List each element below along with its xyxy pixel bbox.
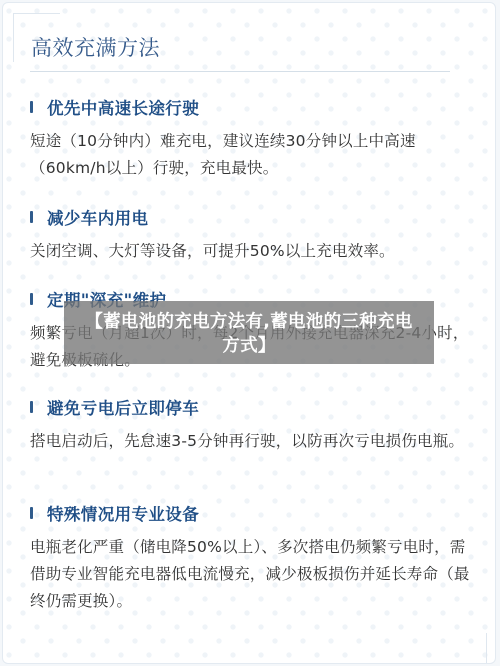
section-body: 短途（10分钟内）难充电，建议连续30分钟以上中高速（60km/h以上）行驶，充…: [30, 128, 470, 182]
section-header: 特殊情况用专业设备: [30, 502, 470, 524]
page-title: 高效充满方法: [31, 32, 160, 62]
title-divider: [30, 71, 450, 72]
section-avoid-stop: 避免亏电后立即停车 搭电启动后，先怠速3-5分钟再行驶，以防再次亏电损伤电瓶。: [30, 396, 470, 455]
section-bar-icon: [30, 507, 33, 519]
section-bar-icon: [30, 293, 33, 305]
section-highway-driving: 优先中高速长途行驶 短途（10分钟内）难充电，建议连续30分钟以上中高速（60k…: [30, 96, 470, 182]
section-header: 避免亏电后立即停车: [30, 396, 470, 418]
section-body: 电瓶老化严重（储电降50%以上）、多次搭电仍频繁亏电时，需借助专业智能充电器低电…: [30, 534, 470, 615]
section-bar-icon: [30, 401, 33, 413]
section-body: 搭电启动后，先怠速3-5分钟再行驶，以防再次亏电损伤电瓶。: [30, 428, 470, 455]
caption-text: 【蓄电池的充电方法有,蓄电池的三种充电方式】: [78, 310, 420, 358]
section-header: 优先中高速长途行驶: [30, 96, 470, 118]
section-title: 优先中高速长途行驶: [47, 95, 199, 119]
section-reduce-power: 减少车内用电 关闭空调、大灯等设备，可提升50%以上充电效率。: [30, 206, 470, 265]
section-special-equipment: 特殊情况用专业设备 电瓶老化严重（储电降50%以上）、多次搭电仍频繁亏电时，需借…: [30, 502, 470, 615]
section-title: 避免亏电后立即停车: [47, 395, 199, 419]
caption-overlay: 【蓄电池的充电方法有,蓄电池的三种充电方式】: [64, 301, 434, 364]
section-body: 关闭空调、大灯等设备，可提升50%以上充电效率。: [30, 238, 470, 265]
corner-decoration-bottom: [486, 633, 487, 663]
section-title: 特殊情况用专业设备: [47, 501, 199, 525]
section-bar-icon: [30, 101, 33, 113]
section-title: 减少车内用电: [47, 205, 148, 229]
section-bar-icon: [30, 211, 33, 223]
section-header: 减少车内用电: [30, 206, 470, 228]
